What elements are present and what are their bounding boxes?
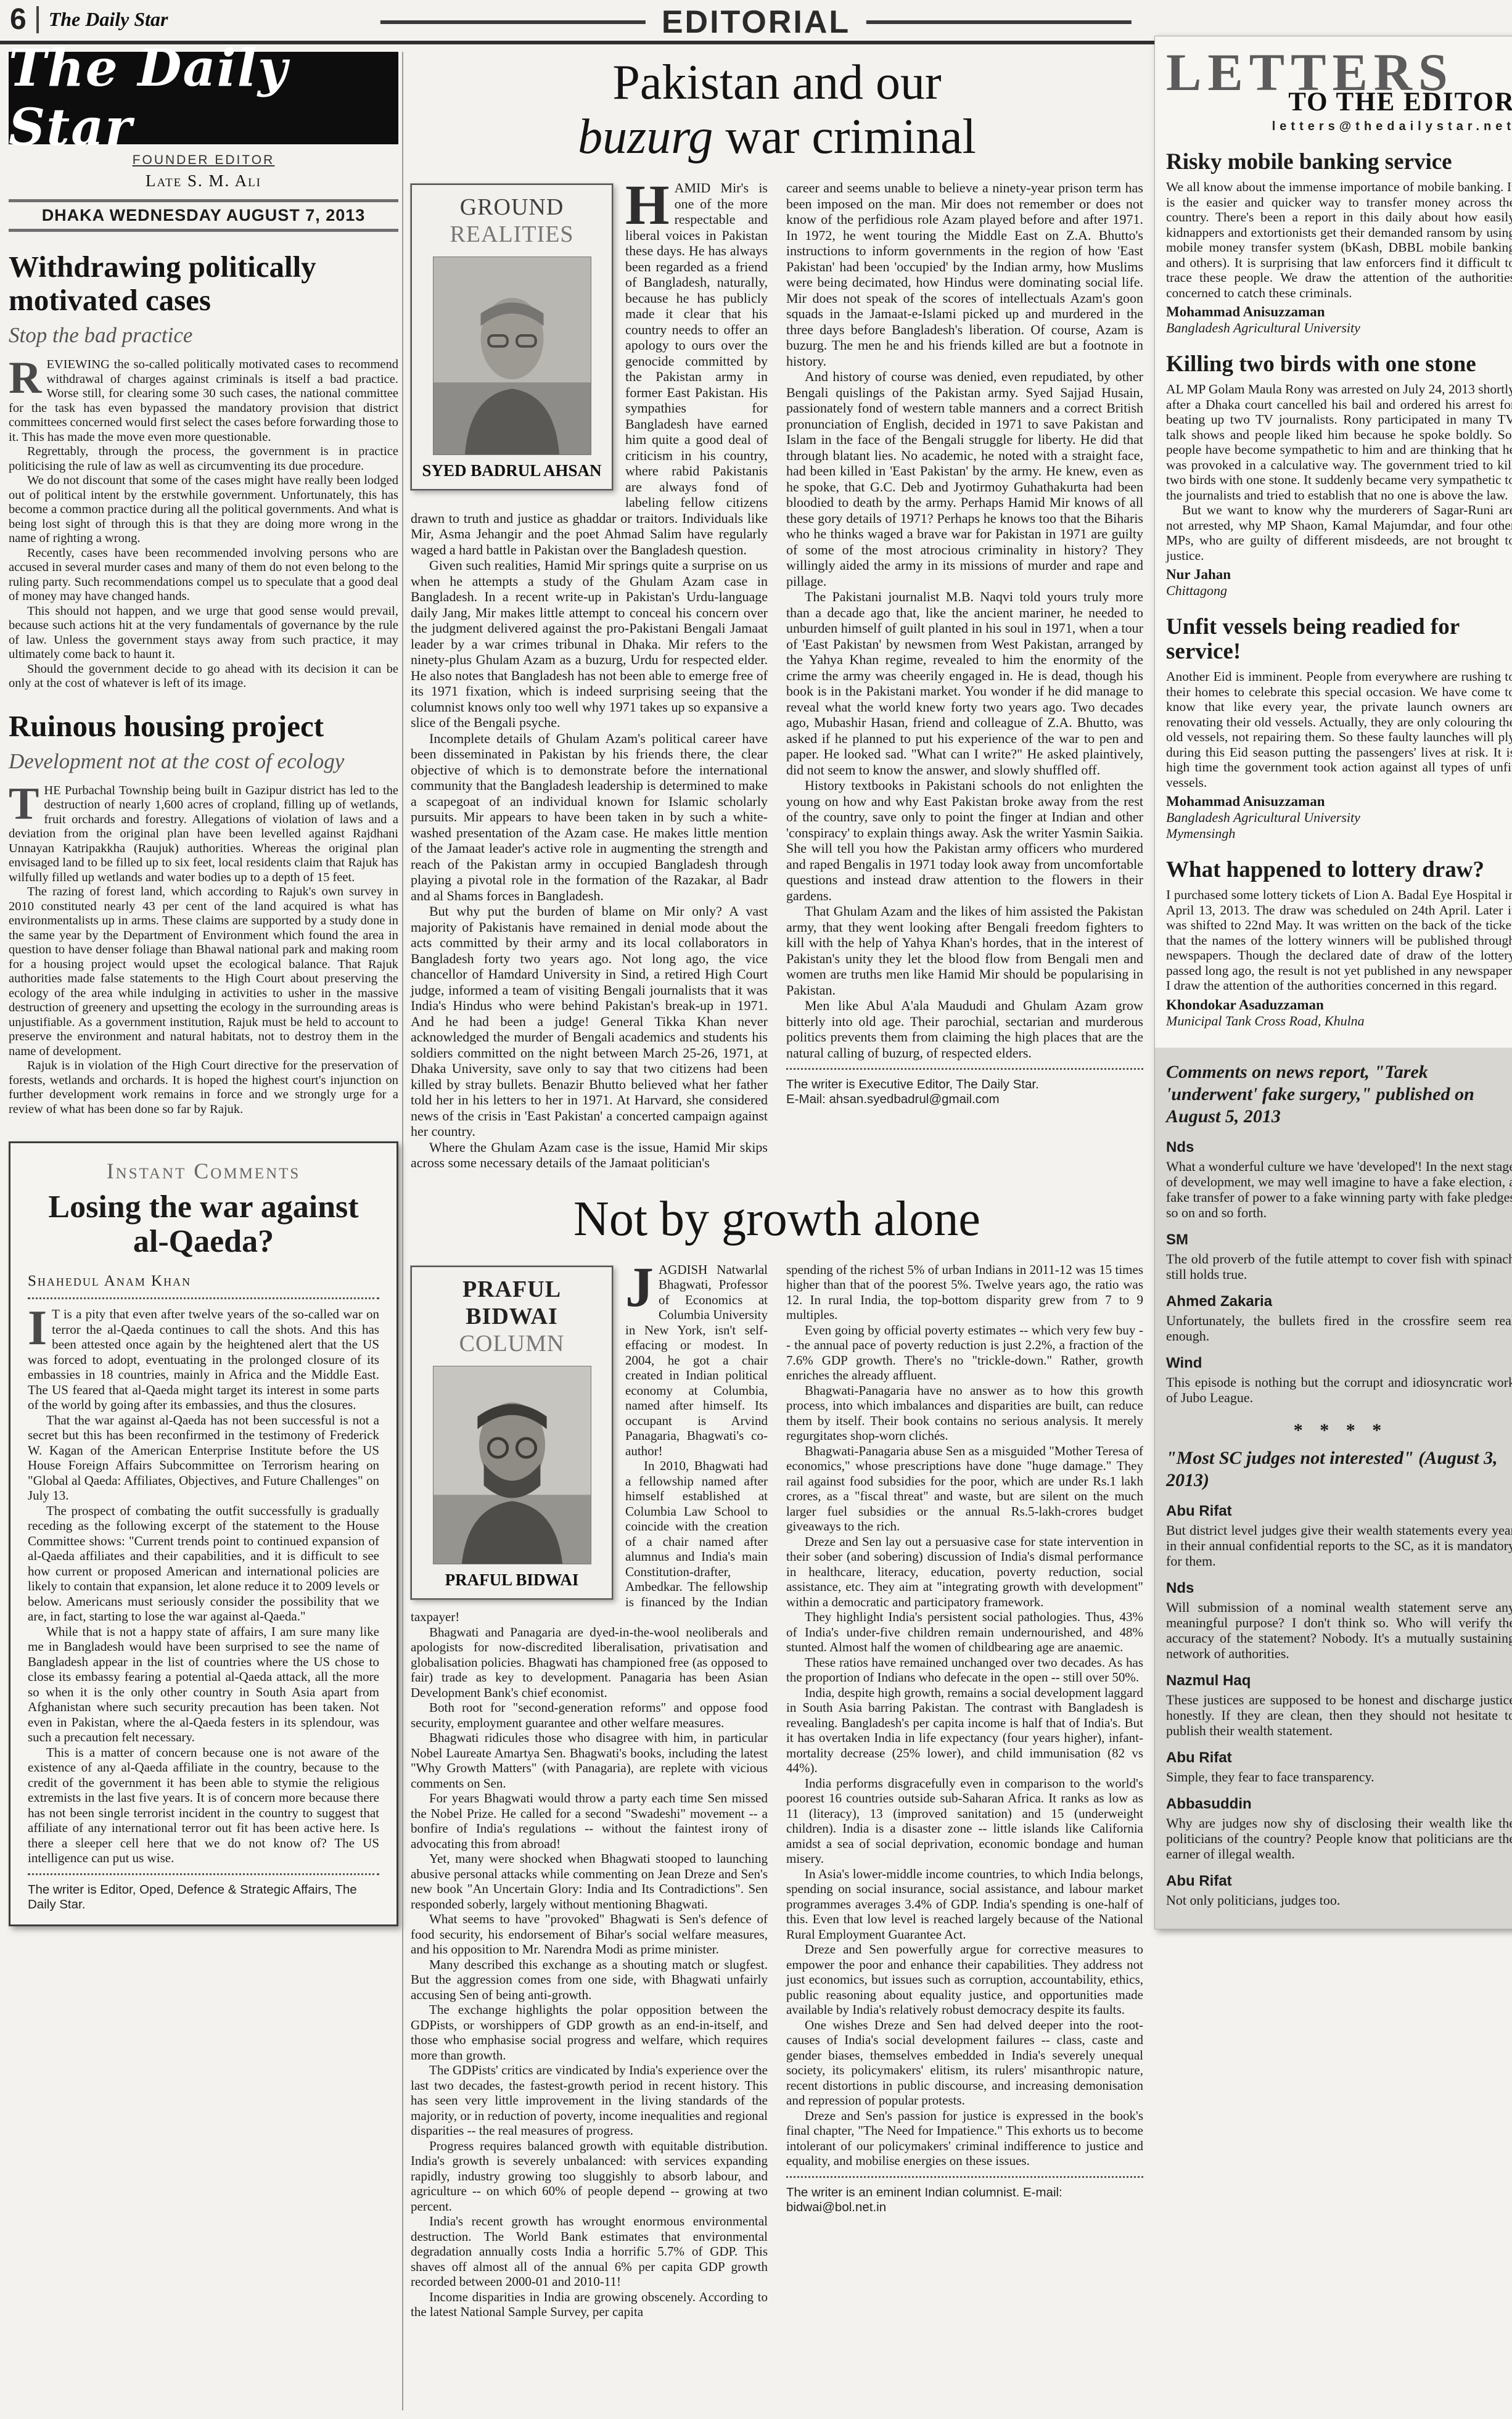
article-paragraph: One wishes Dreze and Sen had delved deep… bbox=[786, 2018, 1143, 2108]
dotted-rule bbox=[28, 1873, 379, 1875]
author-box: PRAFUL BIDWAI COLUMN PRAFUL BIDWAI bbox=[411, 1266, 613, 1600]
signature-detail: Bangladesh Agricultural University bbox=[1166, 810, 1512, 826]
dotted-rule bbox=[28, 1297, 379, 1299]
article-paragraph: Progress requires balanced growth with e… bbox=[411, 2138, 768, 2214]
article-paragraph: For years Bhagwati would throw a party e… bbox=[411, 1791, 768, 1851]
letter-paragraph: Another Eid is imminent. People from eve… bbox=[1166, 669, 1512, 790]
signature-name: Mohammad Anisuzzaman bbox=[1166, 304, 1512, 320]
signature-details: Bangladesh Agricultural University bbox=[1166, 320, 1512, 336]
comments-header: "Most SC judges not interested" (August … bbox=[1166, 1447, 1512, 1492]
header-left-cluster: 6 The Daily Star bbox=[10, 2, 168, 36]
article-paragraph: Even going by official poverty estimates… bbox=[786, 1323, 1143, 1383]
article-paragraph: The exchange highlights the polar opposi… bbox=[411, 2002, 768, 2063]
signature-detail: Mymensingh bbox=[1166, 826, 1512, 842]
article-paragraph: These ratios have remained unchanged ove… bbox=[786, 1655, 1143, 1685]
article-paragraph: Many described this exchange as a shouti… bbox=[411, 1957, 768, 2003]
masthead-box: The Daily Star bbox=[9, 52, 398, 144]
editorial-title: Ruinous housing project bbox=[9, 710, 398, 743]
editorial-paragraph: This should not happen, and we urge that… bbox=[9, 604, 398, 662]
article-paragraph: The GDPists' critics are vindicated by I… bbox=[411, 2063, 768, 2138]
editorial-paragraph: The razing of forest land, which accordi… bbox=[9, 885, 398, 1059]
comment-author: Nds bbox=[1166, 1139, 1512, 1156]
letter-title: Killing two birds with one stone bbox=[1166, 352, 1512, 377]
writer-footer: The writer is Editor, Oped, Defence & St… bbox=[28, 1883, 379, 1912]
dotted-rule bbox=[786, 1068, 1143, 1070]
comment-text: Unfortunately, the bullets fired in the … bbox=[1166, 1313, 1512, 1344]
main-article-title: Pakistan and our buzurg war criminal bbox=[411, 55, 1143, 164]
article-paragraph: India, despite high growth, remains a so… bbox=[786, 1685, 1143, 1776]
comment-text: Not only politicians, judges too. bbox=[1166, 1892, 1512, 1908]
author-name: SYED BADRUL AHSAN bbox=[419, 461, 604, 480]
letter-signature: Khondokar Asaduzzaman Municipal Tank Cro… bbox=[1166, 997, 1512, 1029]
comments-box: Comments on news report, "Tarek 'underwe… bbox=[1155, 1048, 1512, 1929]
signature-details: Municipal Tank Cross Road, Khulna bbox=[1166, 1013, 1512, 1029]
author-photo bbox=[433, 1366, 591, 1564]
comment-item: Abu Rifat But district level judges give… bbox=[1166, 1503, 1512, 1569]
main-articles-column: Pakistan and our buzurg war criminal GRO… bbox=[411, 52, 1143, 2320]
author-photo bbox=[433, 257, 591, 455]
article-paragraph: And history of course was denied, even r… bbox=[786, 369, 1143, 589]
header-masthead-small: The Daily Star bbox=[49, 8, 168, 31]
section-rule-left bbox=[380, 20, 646, 24]
article-paragraph: They highlight India's persistent social… bbox=[786, 1609, 1143, 1655]
letter-paragraph: AL MP Golam Maula Rony was arrested on J… bbox=[1166, 382, 1512, 503]
instant-comments-paragraph: That the war against al-Qaeda has not be… bbox=[28, 1413, 379, 1503]
column-kicker: GROUND REALITIES bbox=[419, 194, 604, 248]
article-paragraph: Given such realities, Hamid Mir springs … bbox=[411, 557, 768, 731]
article-paragraph: career and seems unable to believe a nin… bbox=[786, 180, 1143, 369]
comment-author: Abu Rifat bbox=[1166, 1873, 1512, 1890]
comment-item: Abu Rifat Simple, they fear to face tran… bbox=[1166, 1749, 1512, 1784]
editorial-second: Ruinous housing project Development not … bbox=[9, 710, 398, 1117]
comment-text: But district level judges give their wea… bbox=[1166, 1522, 1512, 1569]
comment-author: Nazmul Haq bbox=[1166, 1672, 1512, 1690]
comment-item: Abbasuddin Why are judges now shy of dis… bbox=[1166, 1796, 1512, 1862]
masthead-logo: The Daily Star bbox=[9, 39, 398, 157]
instant-comments-paragraph: The prospect of combating the outfit suc… bbox=[28, 1503, 379, 1624]
editorial-column: The Daily Star FOUNDER EDITOR Late S. M.… bbox=[9, 52, 398, 1926]
editorial-first: Withdrawing politically motivated cases … bbox=[9, 250, 398, 691]
comment-author: Abbasuddin bbox=[1166, 1796, 1512, 1813]
article-paragraph: Bhagwati-Panagaria have no answer as to … bbox=[786, 1383, 1143, 1444]
instant-comments-box: Instant Comments Losing the war against … bbox=[9, 1141, 398, 1926]
column-divider bbox=[402, 52, 403, 2410]
writer-footer: The writer is Executive Editor, The Dail… bbox=[786, 1077, 1143, 1092]
article-paragraph-list: Given such realities, Hamid Mir springs … bbox=[411, 557, 768, 1171]
article-paragraph: Dreze and Sen's passion for justice is e… bbox=[786, 2108, 1143, 2169]
article-paragraph: Dreze and Sen lay out a persuasive case … bbox=[786, 1534, 1143, 1610]
editorial-title: Withdrawing politically motivated cases bbox=[9, 250, 398, 317]
article-paragraph: India's recent growth has wrought enormo… bbox=[411, 2214, 768, 2290]
letter-signature: Mohammad Anisuzzaman Bangladesh Agricult… bbox=[1166, 794, 1512, 842]
instant-comments-paragraph: This is a matter of concern because one … bbox=[28, 1745, 379, 1866]
comment-text: What a wonderful culture we have 'develo… bbox=[1166, 1159, 1512, 1220]
dateline: DHAKA WEDNESDAY AUGUST 7, 2013 bbox=[42, 206, 366, 224]
article-paragraph: Incomplete details of Ghulam Azam's poli… bbox=[411, 731, 768, 904]
dotted-rule bbox=[786, 2176, 1143, 2178]
editorial-paragraph: We do not discount that some of the case… bbox=[9, 474, 398, 546]
instant-comments-lead: IT is a pity that even after twelve year… bbox=[28, 1307, 379, 1413]
instant-comments-title: Losing the war against al-Qaeda? bbox=[28, 1190, 379, 1259]
letter-item: What happened to lottery draw? I purchas… bbox=[1166, 858, 1512, 1029]
letter-paragraph-list: I purchased some lottery tickets of Lion… bbox=[1166, 887, 1512, 993]
author-box: GROUND REALITIES SYED BADRUL AHSAN bbox=[411, 184, 613, 490]
letters-column: LETTERS TO THE EDITOR letters@thedailyst… bbox=[1154, 36, 1512, 1929]
comment-item: Nds What a wonderful culture we have 'de… bbox=[1166, 1139, 1512, 1220]
signature-details: Bangladesh Agricultural UniversityMymens… bbox=[1166, 810, 1512, 842]
editorial-paragraph: Regrettably, through the process, the go… bbox=[9, 445, 398, 474]
writer-footer[interactable]: The writer is an eminent Indian columnis… bbox=[786, 2185, 1143, 2215]
signature-details: Chittagong bbox=[1166, 583, 1512, 599]
letter-paragraph-list: AL MP Golam Maula Rony was arrested on J… bbox=[1166, 382, 1512, 563]
letters-email[interactable]: letters@thedailystar.net bbox=[1166, 120, 1512, 134]
article-paragraph: Where the Ghulam Azam case is the issue,… bbox=[411, 1140, 768, 1171]
author-name: PRAFUL BIDWAI bbox=[419, 1571, 604, 1590]
article-paragraph: Income disparities in India are growing … bbox=[411, 2290, 768, 2320]
article-paragraph: Bhagwati-Panagaria abuse Sen as a misgui… bbox=[786, 1444, 1143, 1534]
comment-author: Ahmed Zakaria bbox=[1166, 1293, 1512, 1310]
dateline-bar: DHAKA WEDNESDAY AUGUST 7, 2013 bbox=[9, 199, 398, 232]
article-paragraph-list: career and seems unable to believe a nin… bbox=[786, 180, 1143, 1061]
article-paragraph: That Ghulam Azam and the likes of him as… bbox=[786, 903, 1143, 998]
letter-paragraph-list: Another Eid is imminent. People from eve… bbox=[1166, 669, 1512, 790]
comment-text: These justices are supposed to be honest… bbox=[1166, 1692, 1512, 1738]
comment-text: Will submission of a nominal wealth stat… bbox=[1166, 1600, 1512, 1661]
comment-author: SM bbox=[1166, 1231, 1512, 1249]
letter-title: Unfit vessels being readied for service! bbox=[1166, 615, 1512, 664]
letter-item: Killing two birds with one stone AL MP G… bbox=[1166, 352, 1512, 599]
signature-name: Khondokar Asaduzzaman bbox=[1166, 997, 1512, 1013]
comments-header: Comments on news report, "Tarek 'underwe… bbox=[1166, 1061, 1512, 1128]
letter-paragraph: We all know about the immense importance… bbox=[1166, 179, 1512, 300]
editorial-paragraph: Should the government decide to go ahead… bbox=[9, 662, 398, 691]
newspaper-page: 6 The Daily Star EDITORIAL The Daily Sta… bbox=[0, 0, 1512, 2419]
article-paragraph-list: spending of the richest 5% of urban Indi… bbox=[786, 1262, 1143, 2169]
article-paragraph: Men like Abul A'ala Maududi and Ghulam A… bbox=[786, 998, 1143, 1061]
article-paragraph: Yet, many were shocked when Bhagwati sto… bbox=[411, 1851, 768, 1912]
instant-comments-paragraph-list: That the war against al-Qaeda has not be… bbox=[28, 1413, 379, 1866]
section-rule-right bbox=[866, 20, 1132, 24]
comment-item: Abu Rifat Not only politicians, judges t… bbox=[1166, 1873, 1512, 1908]
comment-item: Nds Will submission of a nominal wealth … bbox=[1166, 1580, 1512, 1661]
section-header: EDITORIAL bbox=[380, 4, 1132, 41]
letter-signature: Mohammad Anisuzzaman Bangladesh Agricult… bbox=[1166, 304, 1512, 336]
article-paragraph: Bhagwati and Panagaria are dyed-in-the-w… bbox=[411, 1625, 768, 1701]
article-paragraph: The Pakistani journalist M.B. Naqvi told… bbox=[786, 589, 1143, 778]
comment-item: Nazmul Haq These justices are supposed t… bbox=[1166, 1672, 1512, 1738]
comment-author: Abu Rifat bbox=[1166, 1503, 1512, 1520]
editorial-subtitle: Stop the bad practice bbox=[9, 323, 398, 348]
editorial-lead-paragraph: REVIEWING the so-called politically moti… bbox=[9, 358, 398, 445]
signature-detail: Chittagong bbox=[1166, 583, 1512, 599]
comment-text: This episode is nothing but the corrupt … bbox=[1166, 1374, 1512, 1405]
comment-author: Wind bbox=[1166, 1355, 1512, 1372]
comment-text: Simple, they fear to face transparency. bbox=[1166, 1769, 1512, 1784]
editorial-paragraph: Recently, cases have been recommended in… bbox=[9, 546, 398, 604]
instant-comments-byline: Shahedul Anam Khan bbox=[28, 1273, 379, 1290]
signature-detail: Bangladesh Agricultural University bbox=[1166, 320, 1512, 336]
comment-item: Wind This episode is nothing but the cor… bbox=[1166, 1355, 1512, 1405]
comment-text: Why are judges now shy of disclosing the… bbox=[1166, 1815, 1512, 1862]
article-paragraph: India performs disgracefully even in com… bbox=[786, 1776, 1143, 1867]
article-paragraph: Both root for "second-generation reforms… bbox=[411, 1700, 768, 1730]
letter-title: Risky mobile banking service bbox=[1166, 150, 1512, 175]
letter-paragraph-list: We all know about the immense importance… bbox=[1166, 179, 1512, 300]
editorial-paragraph: Rajuk is in violation of the High Court … bbox=[9, 1059, 398, 1117]
comment-author: Nds bbox=[1166, 1580, 1512, 1597]
article-column-right: spending of the richest 5% of urban Indi… bbox=[786, 1262, 1143, 2320]
signature-name: Mohammad Anisuzzaman bbox=[1166, 794, 1512, 810]
comment-author: Abu Rifat bbox=[1166, 1749, 1512, 1767]
comments-separator: * * * * bbox=[1166, 1420, 1512, 1441]
editorial-paragraph-list: The razing of forest land, which accordi… bbox=[9, 885, 398, 1117]
editorial-subtitle: Development not at the cost of ecology bbox=[9, 749, 398, 774]
article-paragraph: But why put the burden of blame on Mir o… bbox=[411, 903, 768, 1140]
growth-article-body: PRAFUL BIDWAI COLUMN PRAFUL BIDWAI bbox=[411, 1262, 1143, 2320]
article-column-left: PRAFUL BIDWAI COLUMN PRAFUL BIDWAI bbox=[411, 1262, 768, 2320]
title-italic-word: buzurg bbox=[578, 110, 713, 164]
section-title: EDITORIAL bbox=[662, 4, 850, 41]
editorial-paragraph-list: Regrettably, through the process, the go… bbox=[9, 445, 398, 691]
founder-editor-name: Late S. M. Ali bbox=[9, 171, 398, 191]
article-paragraph: History textbooks in Pakistani schools d… bbox=[786, 778, 1143, 903]
comment-text: The old proverb of the futile attempt to… bbox=[1166, 1251, 1512, 1282]
founder-block: FOUNDER EDITOR Late S. M. Ali bbox=[9, 153, 398, 191]
article-paragraph: Dreze and Sen powerfully argue for corre… bbox=[786, 1942, 1143, 2018]
article-paragraph: What seems to have "provoked" Bhagwati i… bbox=[411, 1912, 768, 1957]
article-paragraph: In Asia's lower-middle income countries,… bbox=[786, 1867, 1143, 1942]
header-divider bbox=[36, 6, 39, 33]
writer-email[interactable]: E-Mail: ahsan.syedbadrul@gmail.com bbox=[786, 1092, 1143, 1107]
growth-article-title: Not by growth alone bbox=[411, 1192, 1143, 1246]
letter-item: Risky mobile banking service We all know… bbox=[1166, 150, 1512, 336]
article-column-left: GROUND REALITIES SYED BADRUL AHSAN HA bbox=[411, 180, 768, 1171]
page-number: 6 bbox=[10, 2, 27, 36]
main-article-body: GROUND REALITIES SYED BADRUL AHSAN HA bbox=[411, 180, 1143, 1171]
column-kicker: PRAFUL BIDWAI COLUMN bbox=[419, 1276, 604, 1357]
signature-detail: Municipal Tank Cross Road, Khulna bbox=[1166, 1013, 1512, 1029]
letter-paragraph: I purchased some lottery tickets of Lion… bbox=[1166, 887, 1512, 993]
editorial-lead-paragraph: THE Purbachal Township being built in Ga… bbox=[9, 784, 398, 885]
article-paragraph: spending of the richest 5% of urban Indi… bbox=[786, 1262, 1143, 1323]
letter-signature: Nur Jahan Chittagong bbox=[1166, 567, 1512, 599]
letter-paragraph: But we want to know why the murderers of… bbox=[1166, 503, 1512, 563]
letter-item: Unfit vessels being readied for service!… bbox=[1166, 615, 1512, 842]
article-column-right: career and seems unable to believe a nin… bbox=[786, 180, 1143, 1171]
instant-comments-kicker: Instant Comments bbox=[28, 1158, 379, 1184]
signature-name: Nur Jahan bbox=[1166, 567, 1512, 583]
letter-title: What happened to lottery draw? bbox=[1166, 858, 1512, 882]
comment-item: SM The old proverb of the futile attempt… bbox=[1166, 1231, 1512, 1282]
instant-comments-paragraph: While that is not a happy state of affai… bbox=[28, 1624, 379, 1745]
comment-item: Ahmed Zakaria Unfortunately, the bullets… bbox=[1166, 1293, 1512, 1344]
article-paragraph: Bhagwati ridicules those who disagree wi… bbox=[411, 1730, 768, 1791]
